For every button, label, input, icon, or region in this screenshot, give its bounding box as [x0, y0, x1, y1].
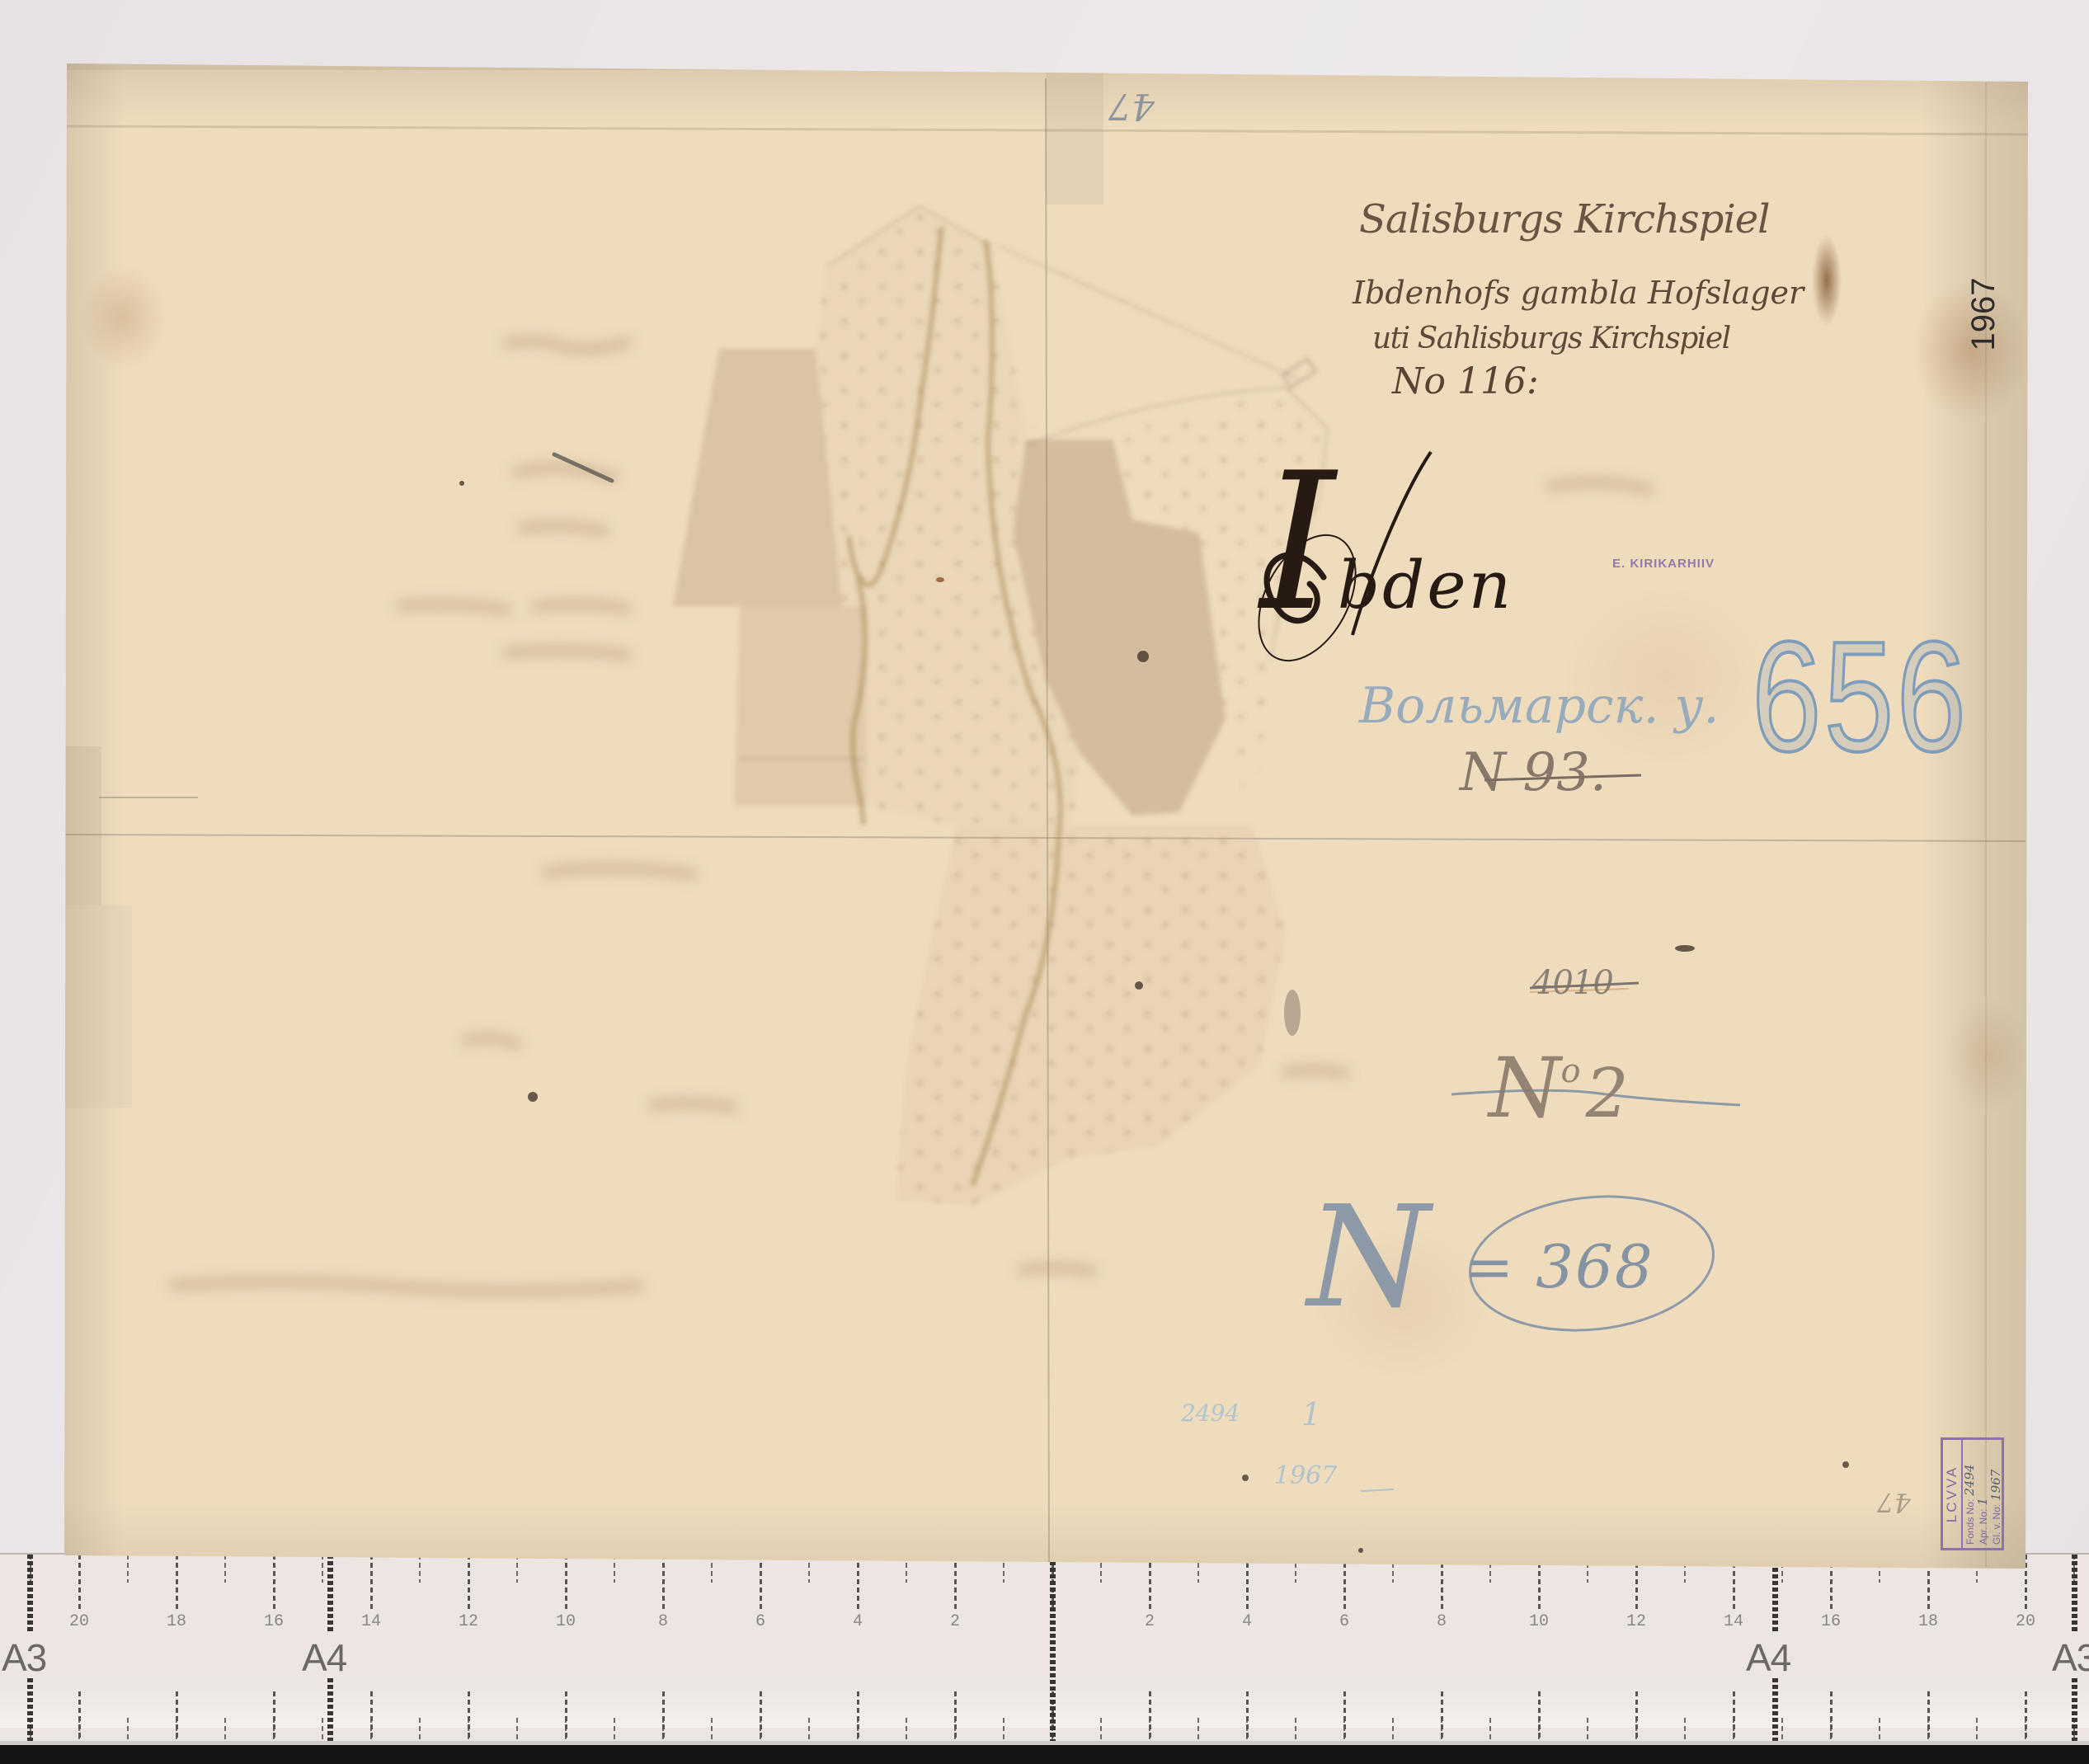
ruler-a3-marker-left-lower [27, 1678, 33, 1744]
ruler-a3-marker-right-lower [2072, 1678, 2077, 1744]
old-no-sup: o [1561, 1052, 1581, 1090]
stamp-value: 1967 [1988, 1470, 2003, 1501]
ruler-number: 4 [1229, 1612, 1265, 1631]
stamp-row-item: Gl. v. No:1967 [1989, 1440, 2002, 1548]
scanner-black-border [0, 1745, 2089, 1764]
old-no-struck: No2 [1489, 1047, 1629, 1130]
ruler-number: 14 [353, 1612, 389, 1631]
ruler-label-a3-right: A3 [2052, 1635, 2089, 1680]
ruler-center-marker [1050, 1555, 1056, 1744]
heading-line-estate: Ibdenhofs gambla Hofslager [1353, 277, 1804, 308]
district-note: Вольмарск. у. [1359, 681, 1719, 731]
stamp-value: 2494 [1962, 1464, 1977, 1495]
catalog-number-prefix: N [1307, 1188, 1430, 1328]
ruler-number: 2 [1132, 1612, 1168, 1631]
ruler-number: 2 [937, 1612, 973, 1631]
old-no-value: 2 [1586, 1055, 1629, 1133]
archive-ink-stamp: E. KIRIKARHIIV [1612, 557, 1715, 570]
place-name-title: Ibden [1260, 510, 1513, 619]
pencil-number-struck: 4010 [1532, 967, 1613, 1000]
ruler-number: 14 [1715, 1612, 1752, 1631]
ruler-number: 8 [1423, 1612, 1460, 1631]
heading-line-location: uti Sahlisburgs Kirchspiel [1372, 324, 1730, 354]
map-sheet-verso [0, 0, 2089, 1764]
stamp-title: LCVVA [1943, 1440, 1963, 1548]
faint-pencil-inventory: 1 [1301, 1399, 1321, 1430]
stamp-row-fonds: Fonds No:2494 [1963, 1440, 1976, 1548]
ruler-number: 4 [840, 1612, 876, 1631]
top-pencil-number: 47 [1108, 87, 1155, 124]
ruler-number: 20 [2007, 1612, 2044, 1631]
ruler-number: 16 [1813, 1612, 1849, 1631]
heading-line-number: No 116: [1392, 364, 1539, 400]
ruler-a4-marker-right-lower [1772, 1678, 1778, 1744]
ruler-number: 10 [1521, 1612, 1557, 1631]
catalog-number-value: = 368 [1464, 1237, 1654, 1296]
ruler-number: 6 [1326, 1612, 1362, 1631]
faint-pencil-fonds: 2494 [1181, 1402, 1240, 1425]
ruler-label-a4-left: A4 [302, 1635, 346, 1680]
lcvva-stamp: LCVVA Fonds No:2494 Apr. No:1 Gl. v. No:… [1941, 1437, 2004, 1550]
lcvva-stamp-box: LCVVA Fonds No:2494 Apr. No:1 Gl. v. No:… [1941, 1437, 2004, 1550]
ruler-number: 16 [256, 1612, 292, 1631]
ruler-label-a4-right: A4 [1746, 1635, 1790, 1680]
stamp-row-apr: Apr. No:1 [1976, 1440, 1989, 1548]
stamp-label: Gl. v. No: [1991, 1504, 2002, 1545]
old-no-prefix: N [1489, 1040, 1561, 1136]
ruler-number: 12 [1618, 1612, 1654, 1631]
faint-pencil-item: 1967 [1274, 1464, 1337, 1489]
ruler-number: 12 [450, 1612, 487, 1631]
side-number: 1967 [1967, 278, 2000, 351]
corner-pencil-number: 47 [1877, 1489, 1911, 1516]
ruler-a3-marker-left [27, 1555, 33, 1633]
heading-line-parish: Salisburgs Kirchspiel [1359, 200, 1769, 239]
ruler-number: 18 [1910, 1612, 1946, 1631]
stamp-label: Fonds No: [1964, 1499, 1976, 1545]
ruler-number: 6 [742, 1612, 779, 1631]
measurement-ruler: 20 18 16 14 12 10 8 6 4 2 2 4 6 8 10 12 … [0, 1553, 2089, 1745]
ruler-number: 10 [548, 1612, 584, 1631]
ruler-number: 8 [645, 1612, 681, 1631]
ruler-a3-marker-right [2072, 1555, 2077, 1633]
ruler-label-a3-left: A3 [2, 1635, 46, 1680]
ruler-number: 18 [158, 1612, 195, 1631]
stamp-label: Apr. No: [1978, 1509, 1989, 1545]
old-number-struck: N 93. [1460, 746, 1607, 799]
district-number: 656 [1752, 619, 1969, 775]
ruler-a4-marker-left-lower [327, 1678, 333, 1744]
ruler-number: 20 [61, 1612, 97, 1631]
ruler-a4-marker-left [327, 1555, 333, 1633]
